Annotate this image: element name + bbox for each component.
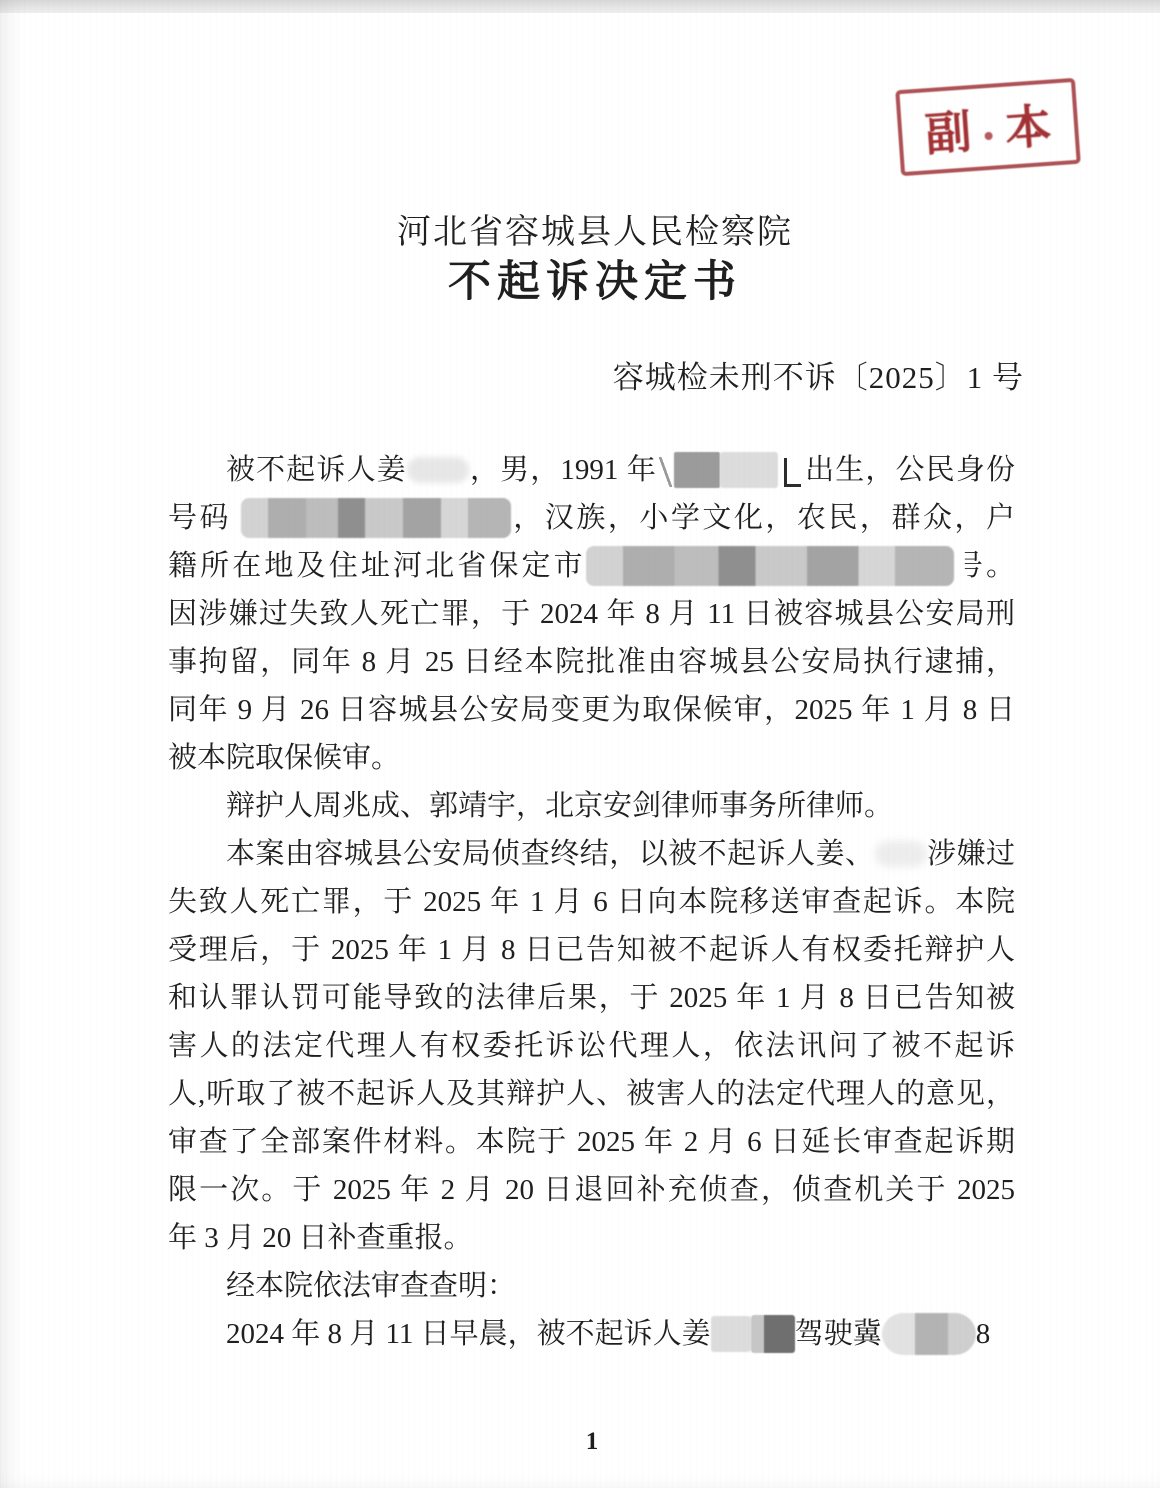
text-run: 经本院依法审查查明： <box>226 1270 516 1302</box>
document-line: 限一次。于 2025 年 2 月 20 日退回补充侦查，侦查机关于 2025 <box>168 1166 1015 1214</box>
text-run: 号码 <box>168 502 241 534</box>
text-run: 2024 年 8 月 11 日早晨，被不起诉人姜 <box>226 1318 711 1350</box>
document-title: 不起诉决定书 <box>15 248 1160 309</box>
page-number: 1 <box>12 1428 1160 1456</box>
scan-edge-strip <box>0 0 1160 13</box>
redaction-lightbox <box>711 1316 751 1352</box>
document-number: 容城检未刑不诉〔2025〕1 号 <box>613 352 1024 397</box>
redaction-slash <box>659 457 672 487</box>
document-line: 号码 ，汉族，小学文化，农民，群众，户 <box>168 494 1015 542</box>
redaction-box <box>674 452 720 488</box>
redaction-smudge <box>875 841 927 867</box>
document-line: 受理后，于 2025 年 1 月 8 日已告知被不起诉人有权委托辩护人 <box>168 926 1015 974</box>
document-line: 人,听取了被不起诉人及其辩护人、被害人的法定代理人的意见， <box>168 1070 1015 1118</box>
redaction-lightbox <box>720 452 778 488</box>
document-line: 事拘留，同年 8 月 25 日经本院批准由容城县公安局执行逮捕， <box>168 638 1015 686</box>
issuing-agency-title: 河北省容城县人民检察院 <box>15 204 1160 253</box>
text-run: 同年 9 月 26 日容城县公安局变更为取保候审，2025 年 1 月 8 日 <box>168 694 1015 726</box>
document-line: 被本院取保候审。 <box>168 734 1015 782</box>
document-line: 同年 9 月 26 日容城县公安局变更为取保候审，2025 年 1 月 8 日 <box>168 686 1015 734</box>
text-run: 审查了全部案件材料。本院于 2025 年 2 月 6 日延长审查起诉期 <box>168 1126 1015 1158</box>
redaction-bar2 <box>882 1313 976 1355</box>
document-line: 辩护人周兆成、郭靖宇，北京安剑律师事务所律师。 <box>168 782 1015 830</box>
document-line: 害人的法定代理人有权委托诉讼代理人，依法讯问了被不起诉 <box>168 1022 1015 1070</box>
partial-redacted-char: 号 <box>954 542 983 590</box>
document-line: 审查了全部案件材料。本院于 2025 年 2 月 6 日延长审查起诉期 <box>168 1118 1015 1166</box>
text-run: 被不起诉人姜 <box>226 454 407 486</box>
text-run: 被本院取保候审。 <box>168 742 400 774</box>
text-run: 受理后，于 2025 年 1 月 8 日已告知被不起诉人有权委托辩护人 <box>168 934 1015 966</box>
redaction-darkbox <box>751 1315 795 1353</box>
text-run: 涉嫌过 <box>927 838 1015 870</box>
text-run: 人,听取了被不起诉人及其辩护人、被害人的法定代理人的意见， <box>168 1078 1015 1110</box>
copy-stamp: 副本 <box>895 78 1081 176</box>
text-run: 因涉嫌过失致人死亡罪，于 2024 年 8 月 11 日被容城县公安局刑 <box>168 598 1015 630</box>
text-run: 限一次。于 2025 年 2 月 20 日退回补充侦查，侦查机关于 2025 <box>168 1174 1015 1206</box>
document-line: 被不起诉人姜，男，1991 年出生，公民身份 <box>168 446 1015 494</box>
document-line: 和认罪认罚可能导致的法律后果，于 2025 年 1 月 8 日已告知被 <box>168 974 1015 1022</box>
document-line: 2024 年 8 月 11 日早晨，被不起诉人姜驾驶冀8 <box>168 1310 1015 1358</box>
text-run: ，汉族，小学文化，农民，群众，户 <box>511 502 1015 534</box>
document-line: 年 3 月 20 日补查重报。 <box>168 1214 1015 1262</box>
redaction-bar <box>586 546 954 586</box>
document-line: 本案由容城县公安局侦查终结，以被不起诉人姜、涉嫌过 <box>168 830 1015 878</box>
redaction-blur <box>407 457 469 483</box>
text-run: 8 <box>976 1318 991 1350</box>
text-run: ，男，1991 年 <box>469 454 657 486</box>
text-run: 事拘留，同年 8 月 25 日经本院批准由容城县公安局执行逮捕， <box>168 646 1015 678</box>
text-run: 籍所在地及住址河北省保定市 <box>168 550 586 582</box>
text-run: 出生，公民身份 <box>804 454 1015 486</box>
document-body: 被不起诉人姜，男，1991 年出生，公民身份号码 ，汉族，小学文化，农民，群众，… <box>168 446 1015 1358</box>
document-line: 经本院依法审查查明： <box>168 1262 1015 1310</box>
text-run: 。 <box>983 550 1015 582</box>
text-run: 失致人死亡罪，于 2025 年 1 月 6 日向本院移送审查起诉。本院 <box>168 886 1015 918</box>
copy-stamp-text: 副本 <box>923 87 1087 164</box>
text-run: 本案由容城县公安局侦查终结，以被不起诉人姜、 <box>226 838 875 870</box>
document-line: 籍所在地及住址河北省保定市号。 <box>168 542 1015 590</box>
text-run: 驾驶冀 <box>795 1318 882 1350</box>
scanned-document-page: 副本 河北省容城县人民检察院 不起诉决定书 容城检未刑不诉〔2025〕1 号 被… <box>0 0 1160 1488</box>
redaction-partialri <box>784 458 801 487</box>
text-run: 辩护人周兆成、郭靖宇，北京安剑律师事务所律师。 <box>226 790 893 822</box>
text-run: 年 3 月 20 日补查重报。 <box>168 1222 473 1254</box>
document-line: 失致人死亡罪，于 2025 年 1 月 6 日向本院移送审查起诉。本院 <box>168 878 1015 926</box>
redaction-bar <box>241 498 511 538</box>
document-line: 因涉嫌过失致人死亡罪，于 2024 年 8 月 11 日被容城县公安局刑 <box>168 590 1015 638</box>
text-run: 害人的法定代理人有权委托诉讼代理人，依法讯问了被不起诉 <box>168 1030 1015 1062</box>
text-run: 和认罪认罚可能导致的法律后果，于 2025 年 1 月 8 日已告知被 <box>168 982 1015 1014</box>
